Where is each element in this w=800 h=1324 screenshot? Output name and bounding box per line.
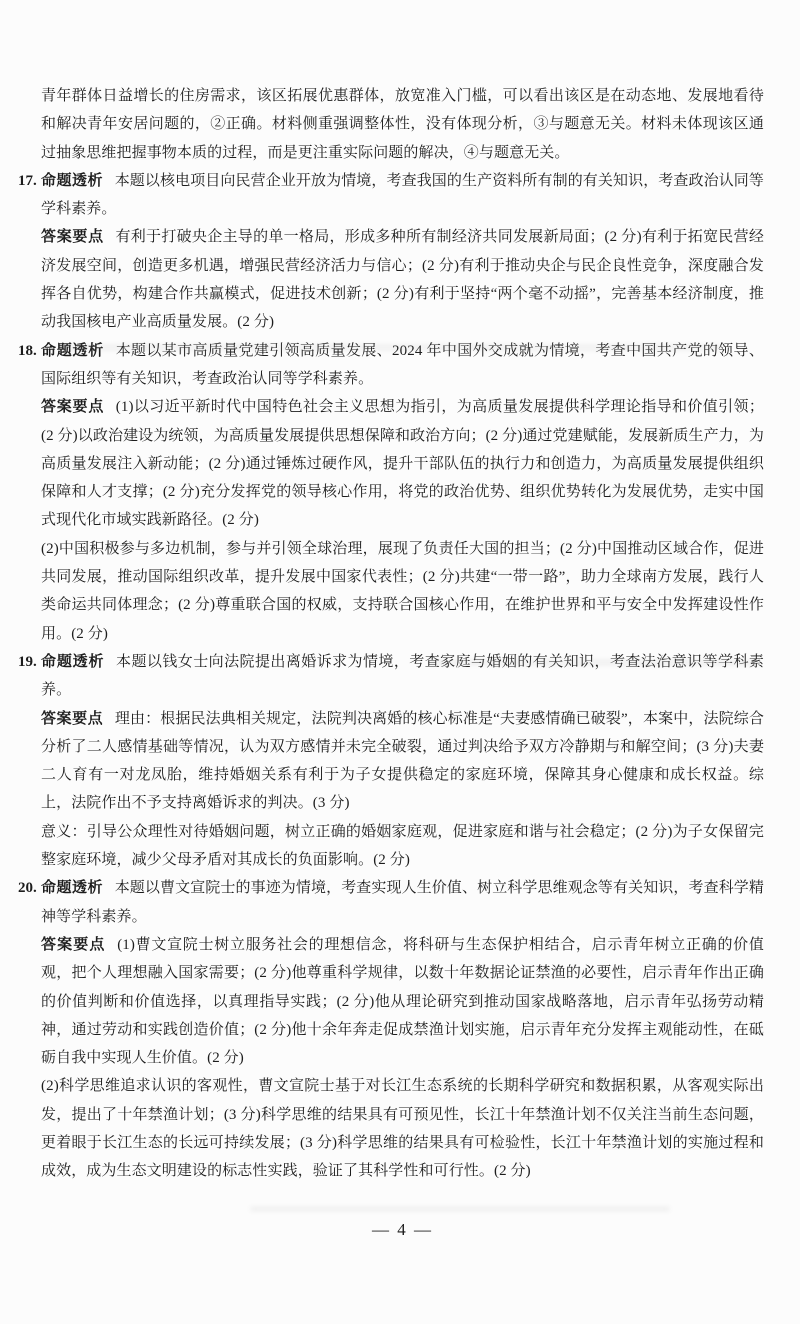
page-number: — 4 — xyxy=(372,1220,433,1239)
answer-key-page: 青年群体日益增长的住房需求，该区拓展优惠群体，放宽准入门槛，可以看出该区是在动态… xyxy=(0,0,800,1324)
question-number: 19. xyxy=(18,648,37,676)
answer-paragraph-part2: (2)中国积极参与多边机制，参与并引领全球治理，展现了负责任大国的担当；(2 分… xyxy=(41,535,764,648)
analysis-text: 本题以曹文宣院士的事迹为情境，考查实现人生价值、树立科学思维观念等有关知识，考查… xyxy=(41,880,764,924)
answer-text: (1)曹文宣院士树立服务社会的理想信念，将科研与生态保护相结合，启示青年树立正确… xyxy=(41,937,764,1066)
answer-paragraph: 答案要点(1)以习近平新时代中国特色社会主义思想为指引，为高质量发展提供科学理论… xyxy=(41,393,764,534)
question-17-block: 17.命题透析本题以核电项目向民营企业开放为情境，考查我国的生产资料所有制的有关… xyxy=(41,167,764,337)
answer-paragraph: 答案要点理由：根据民法典相关规定，法院判决离婚的核心标准是“夫妻感情确已破裂”，… xyxy=(41,705,764,818)
question-18-block: 18.命题透析本题以某市高质量党建引领高质量发展、2024 年中国外交成就为情境… xyxy=(41,337,764,648)
question-number: 20. xyxy=(18,874,37,902)
question-number: 17. xyxy=(18,167,37,195)
question-19-block: 19.命题透析本题以钱女士向法院提出离婚诉求为情境，考查家庭与婚姻的有关知识，考… xyxy=(41,648,764,874)
analysis-label: 命题透析 xyxy=(41,342,104,359)
answer-paragraph-part2: (2)科学思维追求认识的客观性，曹文宣院士基于对长江生态系统的长期科学研究和数据… xyxy=(41,1072,764,1185)
answer-paragraph-part2: 意义：引导公众理性对待婚姻问题，树立正确的婚姻家庭观，促进家庭和谐与社会稳定；(… xyxy=(41,818,764,875)
analysis-text: 本题以某市高质量党建引领高质量发展、2024 年中国外交成就为情境，考查中国共产… xyxy=(41,343,764,387)
analysis-text: 本题以钱女士向法院提出离婚诉求为情境，考查家庭与婚姻的有关知识，考查法治意识等学… xyxy=(41,654,764,698)
analysis-label: 命题透析 xyxy=(41,653,104,670)
answer-label: 答案要点 xyxy=(41,398,104,415)
scan-smudge xyxy=(250,1206,670,1212)
analysis-paragraph: 20.命题透析本题以曹文宣院士的事迹为情境，考查实现人生价值、树立科学思维观念等… xyxy=(41,874,764,931)
analysis-label: 命题透析 xyxy=(41,879,103,896)
answer-paragraph: 答案要点(1)曹文宣院士树立服务社会的理想信念，将科研与生态保护相结合，启示青年… xyxy=(41,931,764,1072)
analysis-paragraph: 18.命题透析本题以某市高质量党建引领高质量发展、2024 年中国外交成就为情境… xyxy=(41,337,764,394)
question-number: 18. xyxy=(18,337,37,365)
answer-text: 理由：根据民法典相关规定，法院判决离婚的核心标准是“夫妻感情确已破裂”，本案中，… xyxy=(41,711,764,812)
answer-text: (1)以习近平新时代中国特色社会主义思想为指引，为高质量发展提供科学理论指导和价… xyxy=(41,399,764,528)
answer-paragraph: 答案要点有利于打破央企主导的单一格局，形成多种所有制经济共同发展新局面；(2 分… xyxy=(41,223,764,336)
answer-label: 答案要点 xyxy=(41,228,104,245)
page-footer: — 4 — xyxy=(41,1220,764,1240)
analysis-text: 本题以核电项目向民营企业开放为情境，考查我国的生产资料所有制的有关知识，考查政治… xyxy=(41,173,764,217)
analysis-paragraph: 19.命题透析本题以钱女士向法院提出离婚诉求为情境，考查家庭与婚姻的有关知识，考… xyxy=(41,648,764,705)
intro-continuation-paragraph: 青年群体日益增长的住房需求，该区拓展优惠群体，放宽准入门槛，可以看出该区是在动态… xyxy=(41,82,764,167)
answer-label: 答案要点 xyxy=(41,936,106,953)
answer-text: 有利于打破央企主导的单一格局，形成多种所有制经济共同发展新局面；(2 分)有利于… xyxy=(41,229,764,330)
analysis-label: 命题透析 xyxy=(41,172,103,189)
analysis-paragraph: 17.命题透析本题以核电项目向民营企业开放为情境，考查我国的生产资料所有制的有关… xyxy=(41,167,764,224)
question-20-block: 20.命题透析本题以曹文宣院士的事迹为情境，考查实现人生价值、树立科学思维观念等… xyxy=(41,874,764,1185)
answer-label: 答案要点 xyxy=(41,710,103,727)
